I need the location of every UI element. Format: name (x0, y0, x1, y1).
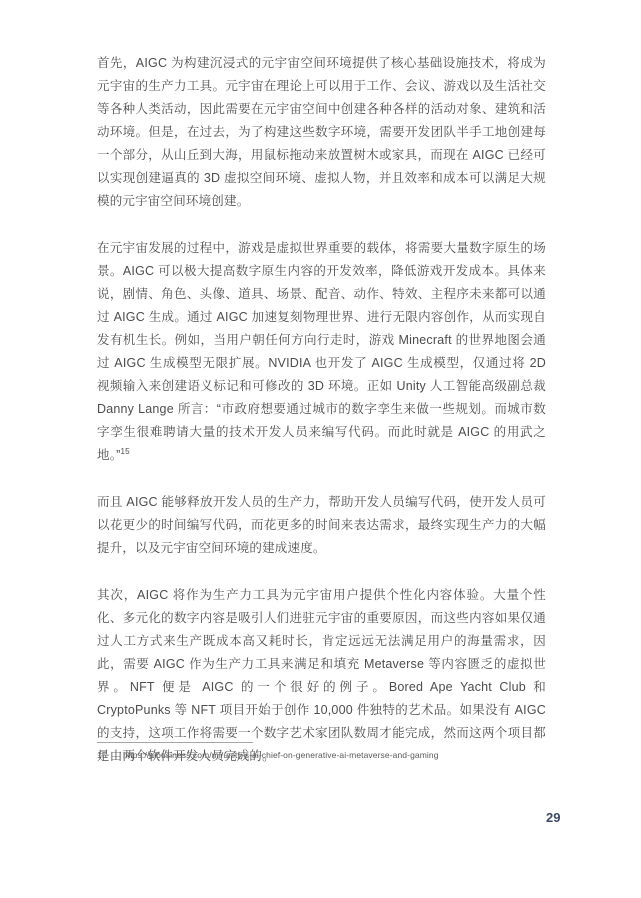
paragraph: 其次，AIGC 将作为生产力工具为元宇宙用户提供个性化内容体验。大量个性化、多元… (97, 584, 546, 768)
paragraph: 而且 AIGC 能够释放开发人员的生产力，帮助开发人员编写代码，使开发人员可以花… (97, 491, 546, 560)
document-body: 首先，AIGC 为构建沉浸式的元宇宙空间环境提供了核心基础设施技术，将成为元宇宙… (97, 52, 546, 792)
paragraph-text: 其次，AIGC 将作为生产力工具为元宇宙用户提供个性化内容体验。大量个性化、多元… (97, 588, 546, 763)
footnote: 15https://aibusiness.com/ml/unity-s-ai-c… (97, 750, 546, 760)
page-number: 29 (546, 810, 576, 825)
paragraph-text: 在元宇宙发展的过程中，游戏是虚拟世界重要的载体，将需要大量数字原生的场景。AIG… (97, 241, 546, 462)
footnote-reference: 15 (121, 447, 130, 456)
paragraph: 首先，AIGC 为构建沉浸式的元宇宙空间环境提供了核心基础设施技术，将成为元宇宙… (97, 52, 546, 213)
paragraph: 在元宇宙发展的过程中，游戏是虚拟世界重要的载体，将需要大量数字原生的场景。AIG… (97, 237, 546, 467)
footnote-separator (97, 742, 253, 743)
footnote-url[interactable]: https://aibusiness.com/ml/unity-s-ai-chi… (123, 750, 439, 760)
document-page: 首先，AIGC 为构建沉浸式的元宇宙空间环境提供了核心基础设施技术，将成为元宇宙… (0, 0, 641, 898)
paragraph-text: 首先，AIGC 为构建沉浸式的元宇宙空间环境提供了核心基础设施技术，将成为元宇宙… (97, 56, 546, 208)
paragraph-text: 而且 AIGC 能够释放开发人员的生产力，帮助开发人员编写代码，使开发人员可以花… (97, 495, 546, 555)
footnote-area: 15https://aibusiness.com/ml/unity-s-ai-c… (97, 742, 546, 760)
footnote-number: 15 (97, 750, 123, 760)
